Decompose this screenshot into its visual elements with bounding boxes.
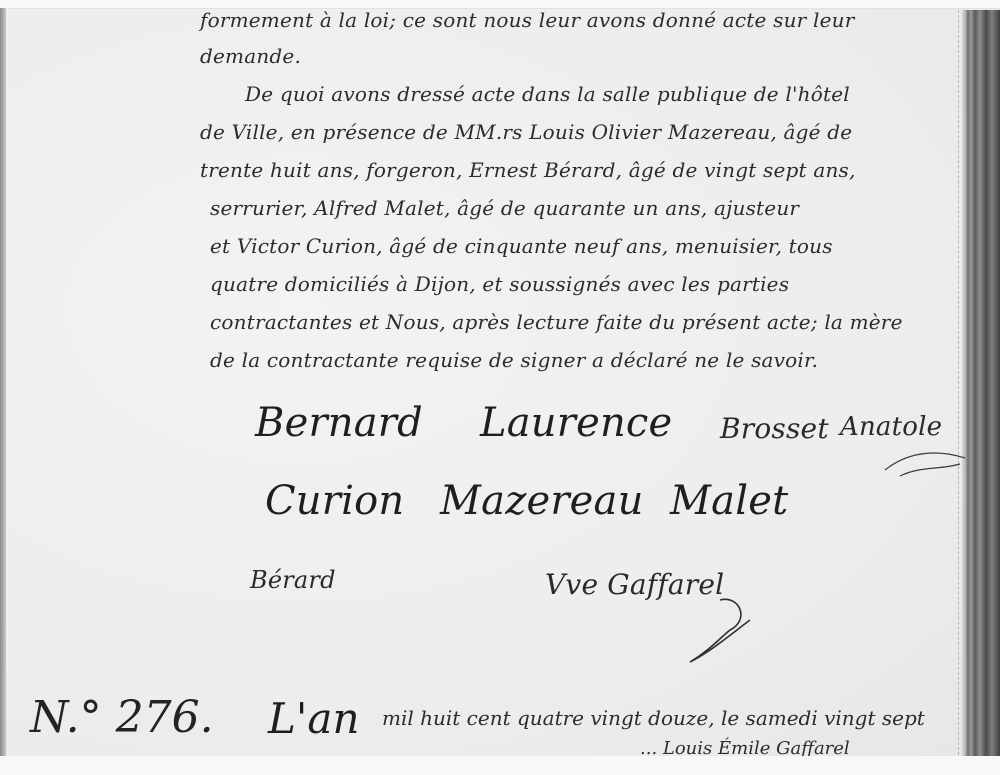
body-line-9: contractantes et Nous, après lecture fai… (210, 310, 903, 334)
signature-curion: Curion (265, 478, 404, 524)
body-line-4: de Ville, en présence de MM.rs Louis Oli… (200, 120, 852, 144)
act-opening-word: L'an (268, 694, 360, 743)
signature-mazereau: Mazereau (440, 478, 644, 524)
body-line-5: trente huit ans, forgeron, Ernest Bérard… (200, 158, 856, 182)
body-line-3: De quoi avons dressé acte dans la salle … (245, 82, 850, 106)
book-binding (962, 10, 1000, 758)
signature-malet: Malet (670, 478, 788, 524)
body-line-2: demande. (200, 44, 301, 68)
scan-bottom-edge (0, 756, 1000, 775)
act-opening-line: mil huit cent quatre vingt douze, le sam… (382, 706, 925, 730)
signature-berard: Bérard (250, 566, 336, 594)
margin-ruling (958, 10, 961, 755)
signature-gaffarel: Vve Gaffarel (545, 568, 724, 601)
signature-laurence: Laurence (480, 400, 672, 446)
signature-bernard: Bernard (255, 400, 423, 446)
signature-paraph (680, 590, 770, 670)
body-line-7: et Victor Curion, âgé de cinquante neuf … (210, 234, 833, 258)
body-line-8: quatre domiciliés à Dijon, et soussignés… (210, 272, 789, 296)
body-line-1: formement à la loi; ce sont nous leur av… (200, 8, 854, 32)
body-line-6: serrurier, Alfred Malet, âgé de quarante… (210, 196, 799, 220)
scanned-register-page: formement à la loi; ce sont nous leur av… (0, 0, 1000, 775)
page-left-edge (0, 8, 6, 758)
body-line-10: de la contractante requise de signer a d… (210, 348, 818, 372)
act-number: N.° 276. (30, 692, 214, 743)
signature-anatole: Anatole (840, 412, 942, 442)
signature-brosset: Brosset (720, 412, 829, 445)
signature-flourish (880, 440, 970, 480)
